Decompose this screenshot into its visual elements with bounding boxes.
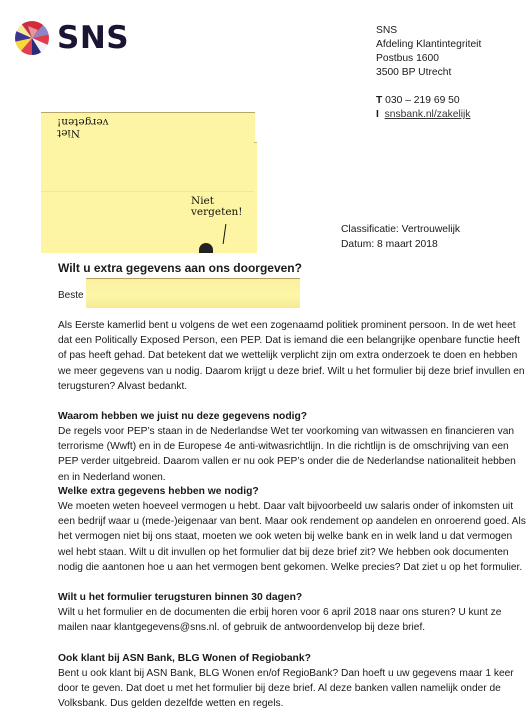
section-other-banks: Ook klant bij ASN Bank, BLG Wonen of Reg…: [58, 651, 528, 712]
letter-subject: Wilt u extra gegevens aan ons doorgeven?: [58, 261, 302, 275]
phone-number: 030 – 219 69 50: [385, 95, 459, 106]
phone-label: T: [376, 95, 382, 106]
redaction-sticky-note: [86, 278, 300, 308]
website-link[interactable]: snsbank.nl/zakelijk: [385, 109, 471, 120]
section-heading: Waarom hebben we juist nu deze gegevens …: [58, 409, 528, 424]
section-text: Bent u ook klant bij ASN Bank, BLG Wonen…: [58, 666, 528, 712]
section-text: De regels voor PEP’s staan in de Nederla…: [58, 424, 528, 485]
section-heading: Welke extra gegevens hebben we nodig?: [58, 484, 528, 499]
web-label: I: [376, 109, 379, 120]
document-meta: Classificatie: Vertrouwelijk Datum: 8 ma…: [341, 222, 460, 252]
intro-paragraph: Als Eerste kamerlid bent u volgens de we…: [58, 318, 528, 394]
date: Datum: 8 maart 2018: [341, 237, 460, 252]
sender-address: SNS Afdeling Klantintegriteit Postbus 16…: [376, 24, 481, 122]
doodle-icon: [199, 243, 213, 253]
classification: Classificatie: Vertrouwelijk: [341, 222, 460, 237]
phone-line: T 030 – 219 69 50: [376, 94, 481, 108]
section-heading: Ook klant bij ASN Bank, BLG Wonen of Reg…: [58, 651, 528, 666]
address-line: Afdeling Klantintegriteit: [376, 38, 481, 52]
section-why: Waarom hebben we juist nu deze gegevens …: [58, 409, 528, 485]
address-line: SNS: [376, 24, 481, 38]
section-text: Wilt u het formulier en de documenten di…: [58, 605, 528, 635]
handwritten-note-upside-down: Niet vergeten!: [57, 116, 117, 138]
address-line: 3500 BP Utrecht: [376, 66, 481, 80]
section-text: We moeten weten hoeveel vermogen u hebt.…: [58, 499, 528, 575]
web-line: I snsbank.nl/zakelijk: [376, 108, 481, 122]
brand-name: SNS: [57, 23, 129, 54]
address-line: Postbus 1600: [376, 52, 481, 66]
sns-star-logo-icon: [14, 20, 50, 56]
section-return-form: Wilt u het formulier terugsturen binnen …: [58, 590, 528, 635]
handwritten-note: Niet vergeten!: [191, 196, 251, 218]
salutation: Beste: [58, 290, 84, 301]
section-which-data: Welke extra gegevens hebben we nodig? We…: [58, 484, 528, 575]
pen-stroke: [223, 224, 227, 244]
sticky-note: Niet vergeten! Niet vergeten!: [41, 112, 255, 253]
sns-logo: SNS: [14, 20, 129, 56]
section-heading: Wilt u het formulier terugsturen binnen …: [58, 590, 528, 605]
